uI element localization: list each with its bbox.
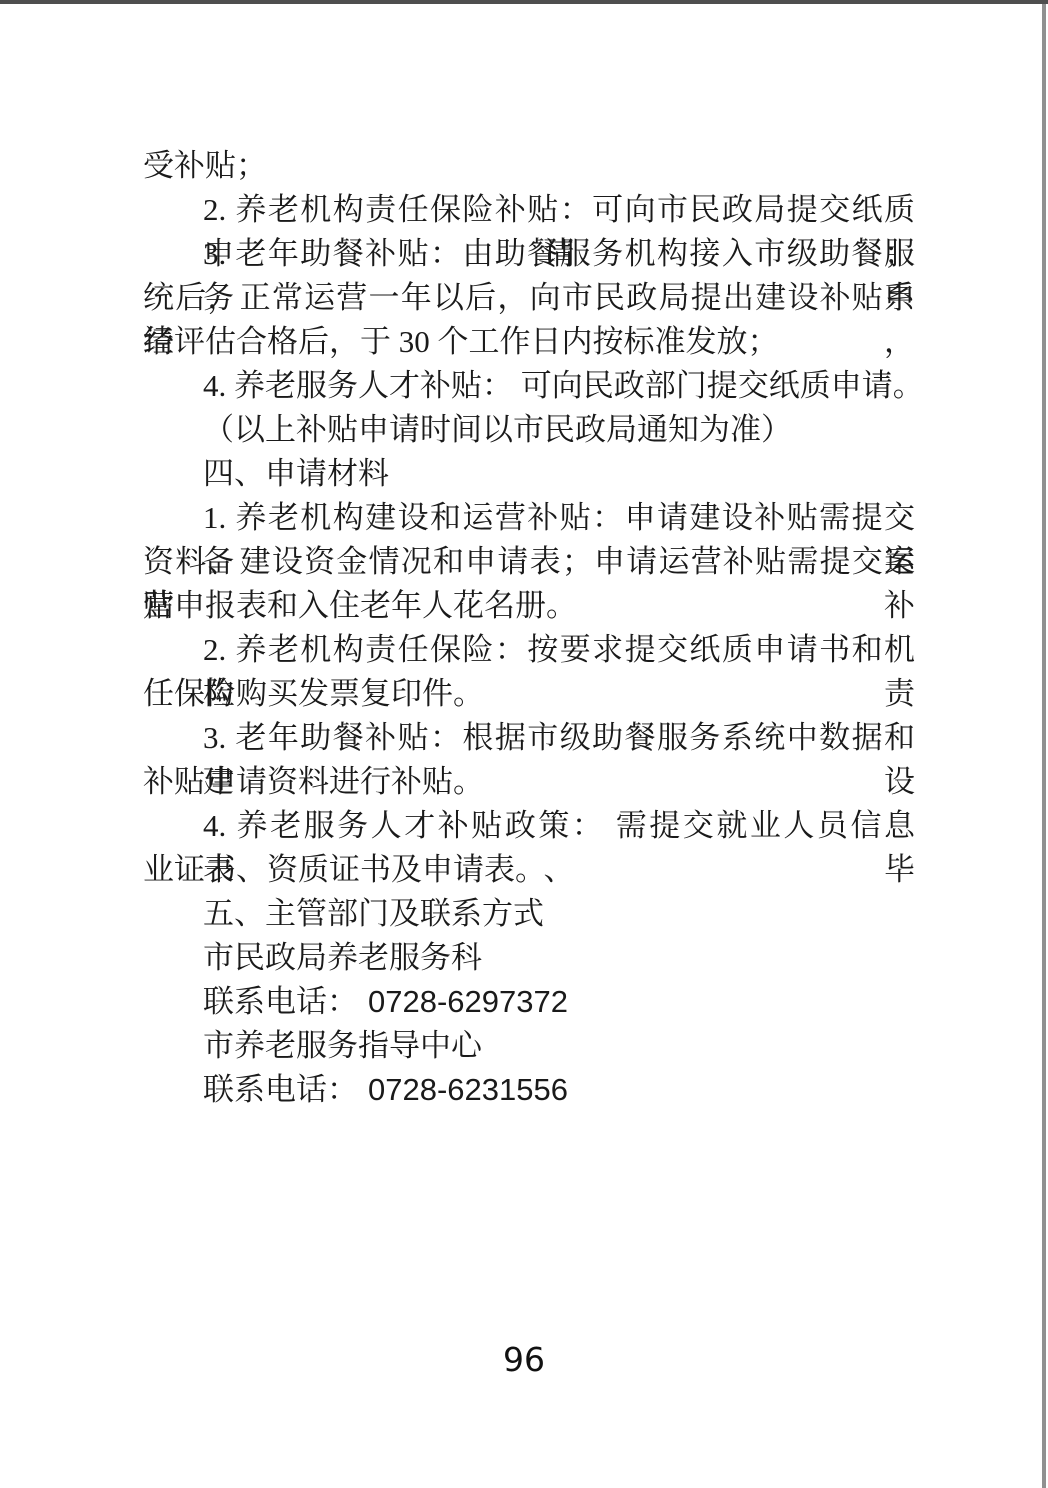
phone-number: 0728-6231556 [368, 1072, 568, 1107]
text-line: 4. 养老服务人才补贴政策： 需提交就业人员信息表、毕 [143, 804, 915, 848]
text-line: 资料、建设资金情况和申请表；申请运营补贴需提交运营补 [143, 540, 915, 584]
text-line: 3. 老年助餐补贴：由助餐服务机构接入市级助餐服务系 [143, 232, 915, 276]
contact-line: 联系电话：0728-6231556 [143, 1068, 915, 1112]
page-edge-line [1042, 4, 1046, 1488]
text-line: 2. 养老机构责任保险补贴：可向市民政局提交纸质申请； [143, 188, 915, 232]
text-line: 3. 老年助餐补贴：根据市级助餐服务系统中数据和建设 [143, 716, 915, 760]
contact-label: 联系电话： [203, 984, 358, 1019]
text-line: 市养老服务指导中心 [143, 1024, 915, 1068]
contact-line: 联系电话：0728-6297372 [143, 980, 915, 1024]
text-line: 统后，正常运营一年以后，向市民政局提出建设补贴申请， [143, 276, 915, 320]
section-heading: 五、主管部门及联系方式 [143, 892, 915, 936]
text-line: 2. 养老机构责任保险：按要求提交纸质申请书和机构责 [143, 628, 915, 672]
document-body: 受补贴； 2. 养老机构责任保险补贴：可向市民政局提交纸质申请； 3. 老年助餐… [143, 144, 915, 1112]
window-top-border [0, 0, 1048, 4]
text-line: 4. 养老服务人才补贴： 可向民政部门提交纸质申请。 [143, 364, 915, 408]
text-line: 市民政局养老服务科 [143, 936, 915, 980]
contact-label: 联系电话： [203, 1072, 358, 1107]
section-heading: 四、申请材料 [143, 452, 915, 496]
page-number: 96 [0, 1342, 1048, 1378]
text-line: 受补贴； [143, 144, 915, 188]
text-line: 1. 养老机构建设和运营补贴：申请建设补贴需提交备案 [143, 496, 915, 540]
text-line: （以上补贴申请时间以市民政局通知为准） [143, 408, 915, 452]
phone-number: 0728-6297372 [368, 984, 568, 1019]
